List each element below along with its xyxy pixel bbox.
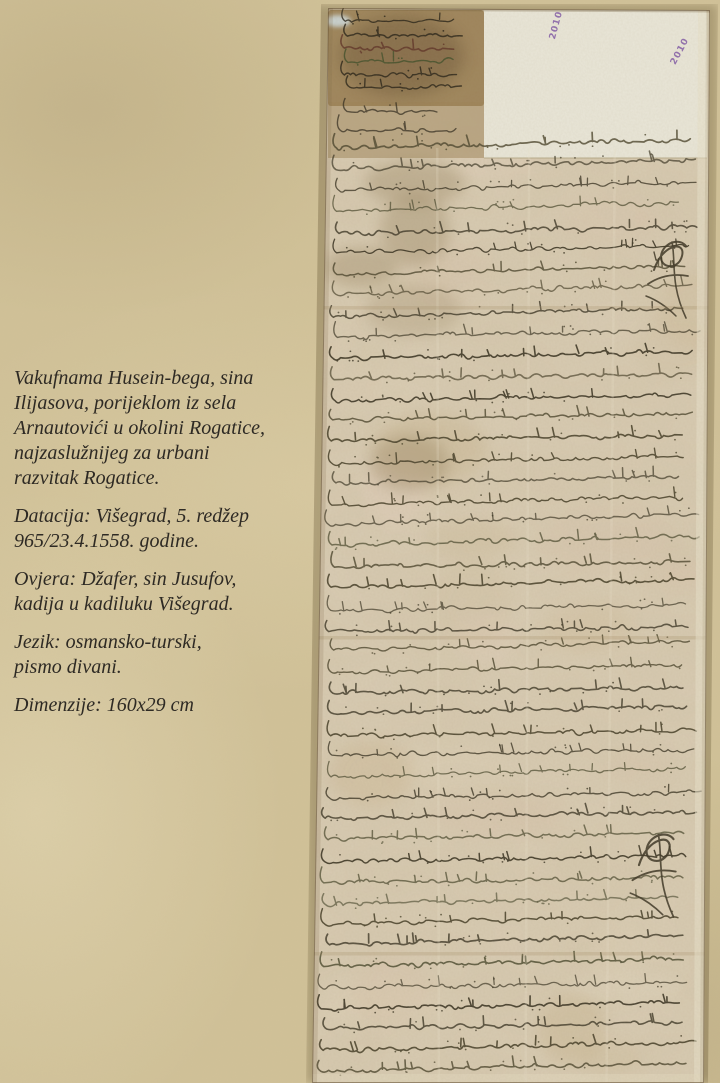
catalog-page: { "page": { "background_color": "#d0c198… [0, 0, 720, 1083]
caption-description: Vakufnama Husein-bega, sina Ilijasova, p… [14, 366, 334, 491]
caption-ovjera: Ovjera: Džafer, sin Jusufov, kadija u ka… [14, 567, 334, 617]
caption-block: Vakufnama Husein-bega, sina Ilijasova, p… [14, 366, 334, 731]
caption-datacija: Datacija: Višegrad, 5. redžep 965/23.4.1… [14, 504, 334, 554]
caption-dimenzije: Dimenzije: 160x29 cm [14, 693, 334, 718]
manuscript-photo: 2010 2010 [312, 8, 710, 1083]
manuscript-artwork [312, 8, 710, 1083]
caption-jezik: Jezik: osmansko-turski, pismo divani. [14, 630, 334, 680]
